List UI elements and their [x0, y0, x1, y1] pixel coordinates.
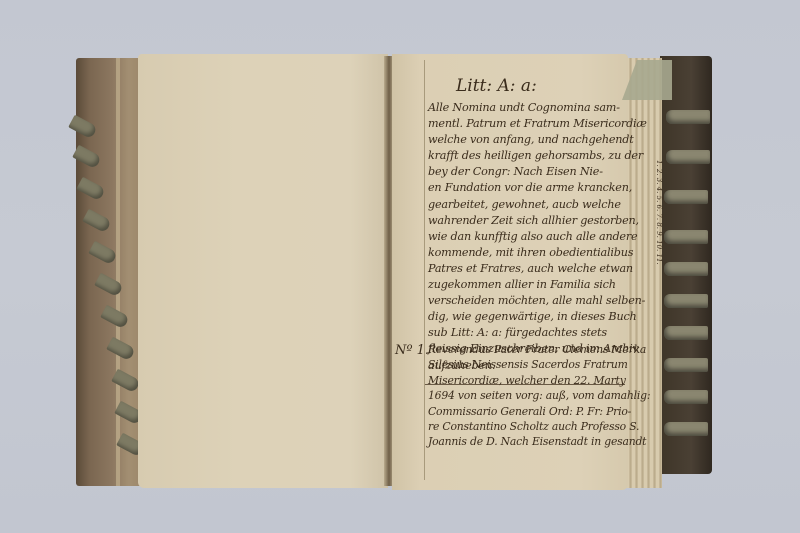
- text-line: wahrender Zeit sich allhier gestorben,: [428, 213, 647, 229]
- index-tab-icon: [664, 422, 708, 436]
- text-line: mentl. Patrum et Fratrum Misericordiæ: [428, 116, 647, 132]
- text-line: Commissario Generali Ord: P. Fr: Prio-: [428, 404, 650, 419]
- text-line: en Fundation vor die arme krancken,: [428, 180, 647, 196]
- text-line: sub Litt: A: a: fürgedachtes stets: [428, 325, 647, 341]
- text-line: dig, wie gegenwärtige, in dieses Buch: [428, 309, 647, 325]
- intro-text: Alle Nomina undt Cognomina sam- mentl. P…: [428, 100, 647, 374]
- margin-line: [424, 60, 425, 480]
- index-tab-icon: [664, 390, 708, 404]
- text-line: zugekommen allier in Familia sich: [428, 277, 647, 293]
- index-tab-icon: [666, 110, 710, 124]
- text-line: Joannis de D. Nach Eisenstadt in gesandt: [428, 434, 650, 449]
- index-tab-icon: [664, 294, 708, 308]
- index-tab-icon: [664, 230, 708, 244]
- text-line: 1694 von seiten vorg: auß, vom damahlig:: [428, 388, 650, 403]
- page-heading: Litt: A: a:: [456, 76, 537, 96]
- text-line: Patres et Fratres, auch welche etwan: [428, 261, 647, 277]
- index-tab-icon: [664, 190, 708, 204]
- index-tab-icon: [664, 358, 708, 372]
- left-page-blank: [138, 54, 388, 488]
- text-line: Alle Nomina undt Cognomina sam-: [428, 100, 647, 116]
- text-line: Misericordiæ, welcher den 22. Marty: [428, 373, 650, 388]
- open-manuscript-book: 1. 2. 3. 4. 5. 6. 7. 8. 9. 10. 11. Litt:…: [0, 0, 800, 533]
- entry-text: Reverendus Pater Frater Clemens Merka Si…: [428, 342, 650, 450]
- text-line: gearbeitet, gewohnet, aucb welche: [428, 197, 647, 213]
- text-line: Silesius Neissensis Sacerdos Fratrum: [428, 357, 650, 372]
- text-line: krafft des heilligen gehorsambs, zu der: [428, 148, 647, 164]
- text-line: re Constantino Scholtz auch Professo S.: [428, 419, 650, 434]
- text-line: verscheiden möchten, alle mahl selben-: [428, 293, 647, 309]
- index-tab-icon: [666, 150, 710, 164]
- text-line: bey der Congr: Nach Eisen Nie-: [428, 164, 647, 180]
- text-line: Reverendus Pater Frater Clemens Merka: [428, 342, 650, 357]
- text-line: wie dan kunfftig also auch alle andere: [428, 229, 647, 245]
- text-line: kommende, mit ihren obedientialibus: [428, 245, 647, 261]
- text-line: welche von anfang, und nachgehendt: [428, 132, 647, 148]
- index-tab-icon: [664, 262, 708, 276]
- edge-annotations: 1. 2. 3. 4. 5. 6. 7. 8. 9. 10. 11.: [654, 160, 664, 265]
- index-tab-icon: [664, 326, 708, 340]
- entry-number: Nº 1.: [395, 343, 429, 358]
